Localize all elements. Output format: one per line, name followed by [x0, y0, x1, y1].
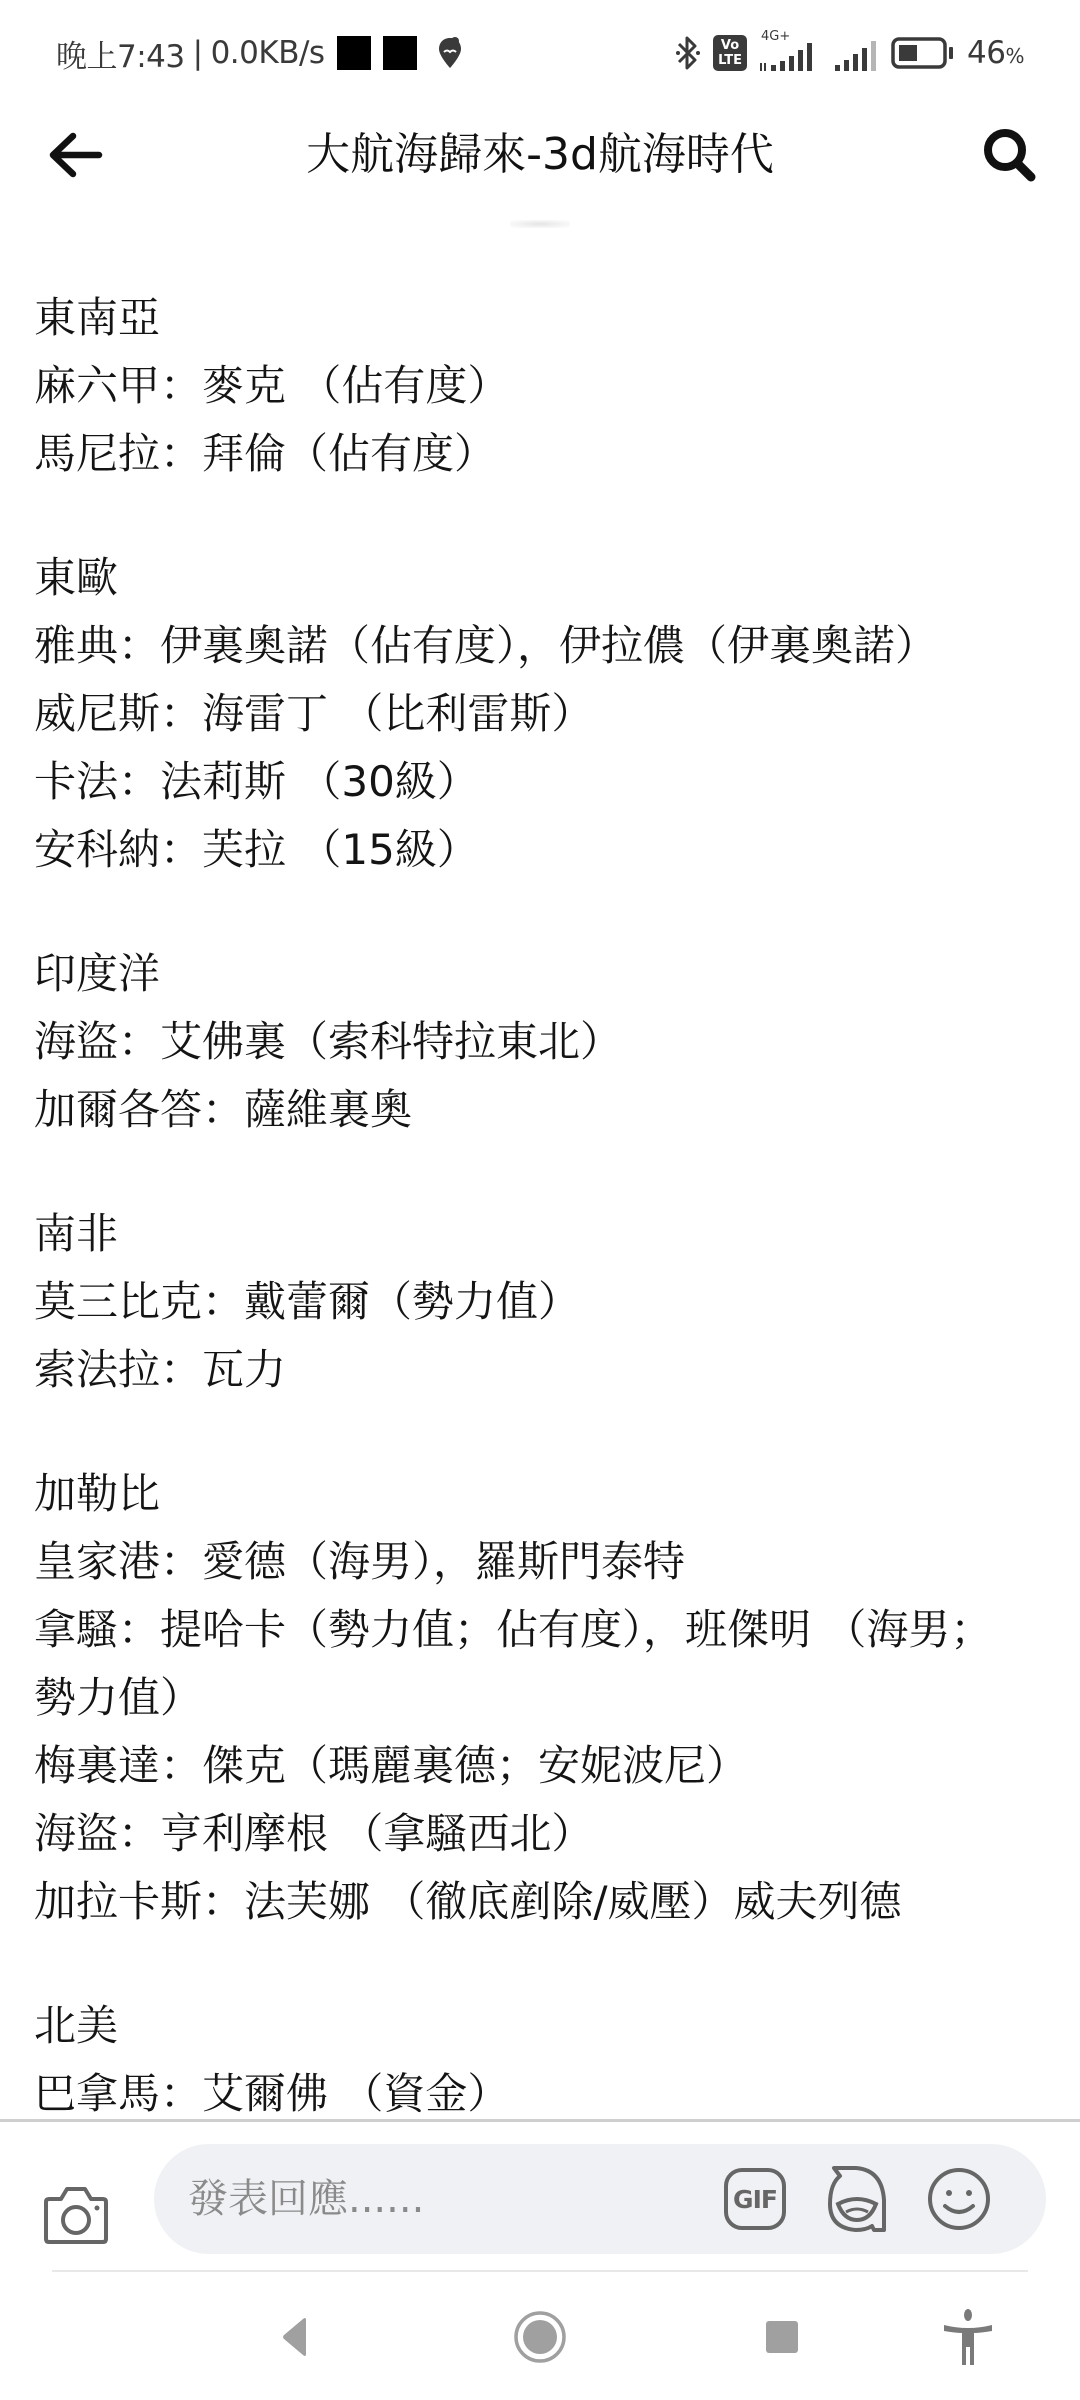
port-entry: 雅典：伊裏奧諾（佔有度），伊拉儂（伊裏奧諾）	[34, 612, 1054, 680]
port-entry: 馬尼拉：拜倫（佔有度）	[34, 420, 1054, 488]
comment-input[interactable]: 發表回應...... GIF	[154, 2144, 1046, 2254]
region-section: 北美 巴拿馬：艾爾佛 （資金）	[34, 1992, 1054, 2128]
comment-placeholder: 發表回應......	[188, 2144, 424, 2254]
search-icon	[980, 126, 1038, 184]
map-pin-icon	[437, 36, 463, 70]
back-button[interactable]	[40, 123, 110, 187]
port-entry: 皇家港：愛德（海男），羅斯門泰特	[34, 1528, 1054, 1596]
region-title: 加勒比	[34, 1460, 1054, 1528]
gif-icon: GIF	[724, 2168, 786, 2230]
page-title: 大航海歸來-3d航海時代	[150, 123, 930, 187]
battery-icon	[891, 35, 955, 71]
port-entry: 莫三比克：戴蕾爾（勢力值）	[34, 1268, 1054, 1336]
bluetooth-icon	[675, 33, 701, 73]
port-entry: 麻六甲：麥克 （佔有度）	[34, 352, 1054, 420]
camera-button[interactable]	[40, 2180, 112, 2248]
accessibility-icon	[940, 2307, 996, 2367]
region-title: 北美	[34, 1992, 1054, 2060]
region-title: 東歐	[34, 544, 1054, 612]
pull-refresh-indicator	[510, 220, 570, 228]
back-triangle-icon	[274, 2315, 314, 2359]
camera-icon	[43, 2183, 109, 2245]
sticker-icon	[824, 2164, 890, 2234]
status-separator: |	[193, 35, 203, 71]
port-entry: 威尼斯：海雷丁 （比利雷斯）	[34, 680, 1054, 748]
accessibility-button[interactable]	[928, 2292, 1008, 2382]
smiley-icon	[926, 2166, 992, 2232]
port-entry: 安科納：芙拉 （15級）	[34, 816, 1054, 884]
region-section: 南非 莫三比克：戴蕾爾（勢力值） 索法拉：瓦力	[34, 1200, 1054, 1404]
port-entry: 拿騷：提哈卡（勢力值；佔有度），班傑明 （海男；勢力值）	[34, 1596, 994, 1732]
port-entry: 巴拿馬：艾爾佛 （資金）	[34, 2060, 1054, 2128]
port-entry: 海盜：亨利摩根 （拿騷西北）	[34, 1800, 1054, 1868]
port-entry: 卡法：法莉斯 （30級）	[34, 748, 1054, 816]
status-time: 晚上7:43	[56, 31, 185, 76]
recents-square-icon	[764, 2319, 800, 2355]
region-title: 印度洋	[34, 940, 1054, 1008]
region-section: 東歐 雅典：伊裏奧諾（佔有度），伊拉儂（伊裏奧諾） 威尼斯：海雷丁 （比利雷斯）…	[34, 544, 1054, 884]
notification-block-icon	[337, 36, 371, 70]
port-entry: 梅裏達：傑克（瑪麗裏德；安妮波尼）	[34, 1732, 1054, 1800]
status-network-speed: 0.0KB/s	[211, 35, 325, 71]
system-navigation-bar	[0, 2272, 1080, 2400]
emoji-button[interactable]	[924, 2164, 994, 2234]
battery-percent: 46%	[967, 35, 1024, 71]
region-section: 東南亞 麻六甲：麥克 （佔有度） 馬尼拉：拜倫（佔有度）	[34, 284, 1054, 488]
system-home-button[interactable]	[500, 2292, 580, 2382]
system-back-button[interactable]	[254, 2292, 334, 2382]
home-circle-icon	[513, 2310, 567, 2364]
signal-icon	[833, 33, 879, 73]
port-entry: 加爾各答：薩維裏奧	[34, 1076, 1054, 1144]
status-bar: 晚上7:43 | 0.0KB/s Vo LTE 4G+	[0, 0, 1080, 105]
system-recents-button[interactable]	[742, 2292, 822, 2382]
region-section: 加勒比 皇家港：愛德（海男），羅斯門泰特 拿騷：提哈卡（勢力值；佔有度），班傑明…	[34, 1460, 1054, 1936]
signal-4g-icon: 4G+	[759, 33, 821, 73]
notification-block-icon	[383, 36, 417, 70]
port-entry: 索法拉：瓦力	[34, 1336, 1054, 1404]
port-entry: 加拉卡斯：法芙娜 （徹底剷除/威壓）威夫列德	[34, 1868, 1054, 1936]
status-right: Vo LTE 4G+ 46%	[675, 28, 1024, 78]
status-left: 晚上7:43 | 0.0KB/s	[56, 30, 463, 76]
region-title: 東南亞	[34, 284, 1054, 352]
post-content: 東南亞 麻六甲：麥克 （佔有度） 馬尼拉：拜倫（佔有度） 東歐 雅典：伊裏奧諾（…	[34, 284, 1054, 2128]
region-title: 南非	[34, 1200, 1054, 1268]
comment-composer: 發表回應...... GIF	[0, 2122, 1080, 2270]
app-header: 大航海歸來-3d航海時代	[0, 105, 1080, 205]
search-button[interactable]	[974, 121, 1044, 189]
port-entry: 海盜：艾佛裏（索科特拉東北）	[34, 1008, 1054, 1076]
gif-button[interactable]: GIF	[720, 2164, 790, 2234]
region-section: 印度洋 海盜：艾佛裏（索科特拉東北） 加爾各答：薩維裏奧	[34, 940, 1054, 1144]
sticker-button[interactable]	[822, 2164, 892, 2234]
volte-icon: Vo LTE	[713, 35, 747, 71]
arrow-left-icon	[45, 130, 105, 180]
